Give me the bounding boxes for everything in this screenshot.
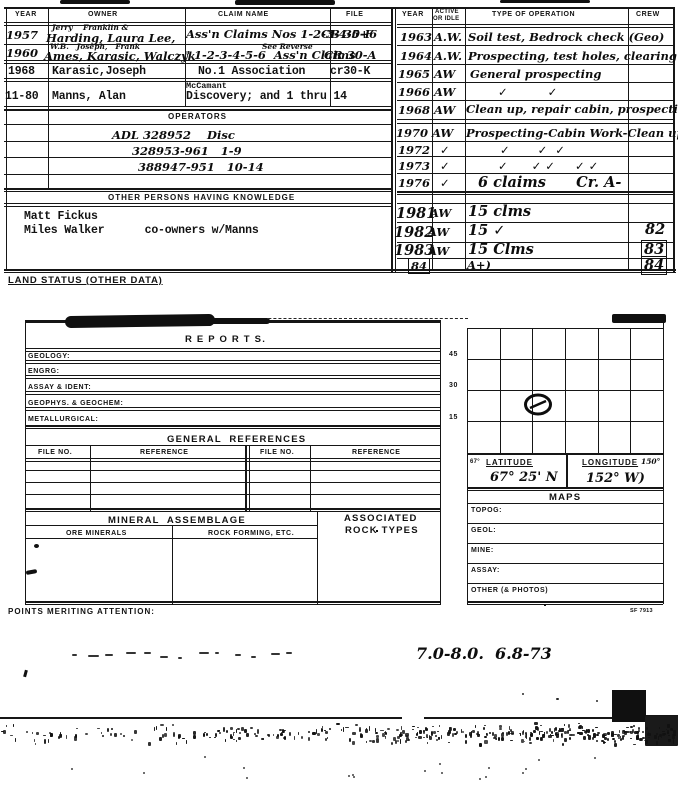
- scan-speck: [661, 737, 662, 738]
- reports-row-engrg: ENGRG:: [28, 368, 60, 375]
- scan-speck: [238, 737, 241, 740]
- maps-row-mine: MINE:: [471, 547, 494, 554]
- scan-speck: [415, 737, 417, 738]
- scan-speck: [433, 731, 436, 735]
- reports-row-assay: ASSAY & IDENT:: [28, 384, 91, 391]
- rule: [397, 24, 675, 25]
- ops-year: 1964: [400, 49, 432, 63]
- scan-speck: [596, 700, 598, 702]
- longitude-value: 152° W): [586, 471, 645, 486]
- scan-speck: [345, 727, 349, 729]
- scan-dash: [235, 654, 240, 656]
- scan-speck: [607, 738, 609, 741]
- scan-speck: [387, 728, 390, 730]
- ops-year: 1966: [398, 85, 430, 99]
- latitude-degree: 67°: [470, 459, 480, 465]
- scan-speck: [662, 731, 664, 732]
- rule: [25, 410, 440, 411]
- latitude-mark: 30: [449, 382, 458, 389]
- ops-active: AW: [432, 126, 453, 140]
- scan-speck: [662, 733, 664, 736]
- scan-speck: [325, 731, 328, 734]
- rule: [25, 604, 440, 605]
- scan-speck: [470, 734, 472, 739]
- ops-header-active2: OR IDLE: [433, 16, 459, 22]
- rule: [397, 119, 675, 120]
- scan-speck: [659, 727, 660, 728]
- rule: [467, 543, 663, 544]
- claim-file: CR 30-A: [324, 48, 376, 62]
- scan-speck: [111, 728, 114, 730]
- scan-speck: [636, 731, 639, 734]
- reports-row-geology: GEOLOGY:: [28, 353, 70, 360]
- latitude-value: 67° 25' N: [490, 470, 558, 485]
- scan-speck: [101, 732, 102, 734]
- scan-speck: [267, 734, 270, 736]
- scan-speck: [465, 740, 466, 744]
- scan-speck: [540, 731, 543, 732]
- scan-speck: [484, 736, 487, 738]
- scan-speck: [620, 738, 622, 741]
- ops-operation: 6 claims Cr. A-: [478, 174, 621, 191]
- scan-speck: [50, 733, 52, 737]
- scan-speck: [246, 733, 249, 737]
- rule: [397, 191, 675, 193]
- scan-speck: [435, 735, 437, 737]
- rule: [4, 206, 392, 207]
- scan-speck: [448, 742, 451, 743]
- scan-speck: [176, 742, 177, 745]
- rule: [25, 425, 440, 427]
- maps-row-topog: TOPOG:: [471, 507, 502, 514]
- scan-speck: [569, 737, 571, 740]
- rule: [397, 82, 675, 83]
- scan-speck: [449, 727, 451, 731]
- ops-operation: Clean up, repair cabin, prospecting: [466, 102, 678, 116]
- scan-speck: [321, 728, 323, 731]
- scan-speck: [372, 740, 375, 743]
- scan-speck: [522, 693, 524, 695]
- rule: [397, 194, 675, 195]
- scan-speck: [76, 728, 78, 730]
- scan-speck: [32, 732, 34, 734]
- rule: [25, 428, 440, 429]
- scan-speck: [412, 729, 415, 730]
- scan-speck: [484, 740, 488, 744]
- scan-dash: [88, 655, 99, 657]
- ops-header-operation: TYPE OF OPERATION: [492, 11, 575, 18]
- scan-speck: [178, 734, 181, 738]
- claim-owner: Karasic,Joseph: [52, 65, 146, 78]
- scan-speck: [233, 733, 234, 736]
- ops-active: AW: [428, 244, 449, 258]
- scan-speck: [607, 732, 611, 735]
- scan-speck: [397, 736, 399, 739]
- scan-speck: [479, 743, 483, 747]
- rule: [397, 100, 675, 101]
- scan-speck: [230, 727, 234, 730]
- ops-operation: ✓ ✓ ✓: [500, 143, 565, 157]
- claim-name: No.1 Association: [198, 65, 305, 78]
- scan-speck: [255, 735, 258, 737]
- scan-speck: [555, 727, 557, 731]
- scan-speck: [614, 743, 617, 747]
- rule: [467, 390, 663, 391]
- rule: [25, 375, 440, 376]
- longitude-label: LONGITUDE: [582, 458, 638, 467]
- scan-speck: [617, 734, 620, 738]
- scan-noise-band: [0, 718, 678, 780]
- scan-speck: [395, 740, 397, 744]
- scan-dash: [199, 652, 209, 654]
- scan-speck: [472, 730, 475, 733]
- genref-header-fileno: FILE NO.: [260, 449, 294, 456]
- ops-operation: Soil test, Bedrock check (Geo): [468, 30, 664, 44]
- rule: [4, 188, 392, 190]
- scan-speck: [143, 772, 145, 774]
- claim-file: cr30-K: [330, 65, 370, 78]
- scan-speck: [596, 734, 598, 735]
- scan-speck: [244, 729, 247, 733]
- rule: [4, 109, 392, 111]
- maps-row-assay: ASSAY:: [471, 567, 500, 574]
- scan-smudge: [544, 604, 546, 606]
- ops-year: 84: [408, 258, 430, 274]
- scan-speck: [640, 738, 643, 742]
- scan-speck: [601, 740, 604, 742]
- rule: [25, 461, 440, 462]
- scan-speck: [667, 724, 669, 728]
- claim-name: Discovery; and 1 thru 14: [186, 90, 347, 103]
- scan-speck: [431, 732, 433, 733]
- scan-speck: [308, 731, 310, 733]
- operator-line: ADL 328952 Disc: [112, 128, 235, 142]
- scan-speck: [66, 735, 67, 739]
- rule: [467, 503, 663, 504]
- rule: [25, 363, 440, 364]
- scan-speck: [172, 724, 174, 726]
- rule: [90, 445, 91, 511]
- scan-speck: [34, 739, 35, 742]
- rule: [467, 359, 663, 360]
- scan-speck: [438, 737, 439, 738]
- ops-operation: General prospecting: [470, 67, 601, 81]
- ops-active: AW: [434, 85, 455, 99]
- scan-speck: [611, 731, 614, 733]
- rule: [467, 601, 663, 603]
- scan-speck: [162, 734, 164, 738]
- scan-speck: [225, 739, 227, 742]
- scan-speck: [360, 734, 364, 738]
- ops-active: A.W.: [434, 49, 462, 63]
- rule: [25, 538, 317, 539]
- scan-speck: [536, 737, 539, 739]
- rule: [172, 526, 173, 604]
- scan-speck: [60, 732, 62, 735]
- ore-minerals-header: ORE MINERALS: [66, 530, 127, 537]
- scan-dash: [251, 656, 255, 658]
- scan-speck: [523, 730, 524, 732]
- rule: [467, 453, 663, 455]
- scan-speck: [562, 743, 564, 747]
- scan-speck: [250, 727, 253, 730]
- scan-speck: [626, 727, 629, 728]
- scan-speck: [257, 729, 259, 733]
- scan-speck: [36, 732, 39, 735]
- ops-active: AW: [430, 206, 451, 220]
- ops-operation: ✓ ✓: [498, 85, 557, 99]
- scan-smudge: [26, 569, 38, 575]
- scan-speck: [375, 732, 378, 733]
- claim-year: 1968: [8, 65, 35, 78]
- scan-speck: [540, 725, 542, 726]
- scan-speck: [236, 740, 237, 742]
- scan-speck: [596, 740, 598, 741]
- scan-dash: [105, 654, 113, 656]
- scan-smudge: [500, 0, 590, 3]
- rule: [397, 242, 675, 243]
- scan-speck: [236, 729, 237, 733]
- rule: [25, 601, 440, 603]
- rule: [391, 7, 393, 272]
- ops-active: AW: [428, 225, 449, 239]
- scan-speck: [417, 727, 419, 729]
- rule: [467, 328, 663, 329]
- scan-dash: [126, 652, 136, 654]
- scan-speck: [553, 739, 555, 741]
- scan-speck: [397, 740, 400, 742]
- scan-speck: [416, 733, 418, 736]
- scan-speck: [263, 738, 264, 741]
- scan-dash: [215, 652, 219, 654]
- scan-speck: [588, 735, 591, 740]
- scan-speck: [436, 739, 438, 741]
- rule: [440, 320, 441, 605]
- scan-speck: [630, 738, 632, 739]
- ops-active: ✓: [440, 159, 450, 173]
- scan-speck: [376, 735, 379, 738]
- scan-speck: [298, 732, 299, 735]
- associated-rock-types-header: ROCK TYPES: [345, 525, 419, 536]
- scan-speck: [437, 731, 438, 733]
- scan-speck: [203, 733, 205, 737]
- scan-dash: [144, 652, 152, 654]
- operators-header: OPERATORS: [168, 112, 227, 121]
- scan-speck: [424, 770, 426, 772]
- scan-speck: [343, 727, 344, 731]
- scan-speck: [614, 740, 616, 743]
- scan-speck: [239, 732, 241, 734]
- scan-speck: [15, 738, 16, 742]
- scan-speck: [667, 730, 669, 734]
- ops-header-year: YEAR: [402, 11, 424, 18]
- scan-speck: [74, 736, 77, 740]
- scan-speck: [456, 731, 457, 734]
- scan-speck: [432, 726, 435, 728]
- scan-speck: [35, 743, 37, 745]
- scan-speck: [223, 727, 225, 731]
- scan-speck: [556, 698, 559, 700]
- genref-header-reference: REFERENCE: [352, 449, 401, 456]
- scan-speck: [281, 732, 283, 733]
- scan-speck: [85, 733, 87, 735]
- ops-active: ✓: [440, 143, 450, 157]
- scan-smudge: [34, 544, 39, 548]
- scan-speck: [277, 734, 279, 737]
- scan-speck: [71, 768, 73, 770]
- reports-row-geophys: GEOPHYS. & GEOCHEM:: [28, 400, 123, 407]
- scan-speck: [595, 727, 598, 728]
- rule: [566, 455, 568, 489]
- scan-speck: [419, 730, 422, 734]
- rule: [397, 64, 675, 65]
- scan-speck: [317, 733, 320, 736]
- scan-speck: [525, 768, 527, 770]
- claims-header-year: YEAR: [15, 11, 37, 18]
- rule: [25, 508, 440, 510]
- scan-speck: [10, 735, 13, 736]
- scan-speck: [301, 736, 304, 739]
- scan-speck: [592, 729, 595, 732]
- rule: [4, 269, 676, 271]
- scan-speck: [630, 731, 633, 735]
- rule: [25, 348, 440, 349]
- scan-blob: [65, 314, 215, 328]
- scan-speck: [308, 737, 310, 741]
- rule: [4, 174, 392, 175]
- scan-speck: [123, 735, 124, 737]
- scan-speck: [412, 726, 415, 727]
- scan-speck: [160, 724, 163, 726]
- scan-speck: [423, 737, 425, 739]
- scan-speck: [674, 734, 676, 736]
- land-status-heading: LAND STATUS (OTHER DATA): [8, 275, 163, 286]
- rule: [4, 78, 392, 79]
- general-references-title: GENERAL REFERENCES: [167, 434, 306, 445]
- rule: [25, 407, 440, 408]
- scan-speck: [355, 724, 358, 726]
- scan-speck: [353, 776, 355, 778]
- scan-speck: [622, 735, 625, 737]
- scan-speck: [603, 735, 606, 736]
- longitude-degree: 150°: [641, 457, 660, 466]
- genref-header-fileno: FILE NO.: [38, 449, 72, 456]
- rule: [25, 470, 440, 471]
- rule: [4, 124, 392, 125]
- scan-speck: [630, 726, 633, 728]
- scan-speck: [539, 731, 540, 735]
- maps-title: MAPS: [549, 492, 581, 503]
- scan-speck: [427, 742, 428, 744]
- scan-speck: [645, 740, 648, 743]
- scan-speck: [402, 730, 405, 734]
- scan-speck: [638, 727, 640, 730]
- rule: [25, 458, 440, 459]
- scan-speck: [148, 742, 151, 746]
- scan-speck: [673, 739, 674, 743]
- scan-speck: [329, 728, 331, 730]
- scan-speck: [533, 730, 536, 733]
- ops-operation: 15 Clms: [468, 241, 534, 258]
- scan-speck: [166, 727, 167, 731]
- operator-line: 388947-951 10-14: [138, 160, 264, 174]
- circle-slash-symbol: [522, 392, 554, 417]
- scan-speck: [564, 731, 566, 735]
- scan-speck: [549, 728, 551, 732]
- scan-speck: [352, 741, 355, 745]
- scan-speck: [352, 732, 355, 735]
- scan-speck: [366, 741, 367, 743]
- scan-blob: [200, 318, 270, 324]
- ops-operation: Prospecting-Cabin Work-Clean up: [466, 126, 678, 140]
- scan-speck: [441, 735, 442, 739]
- maps-row-other: OTHER (& PHOTOS): [471, 587, 548, 594]
- scan-speck: [1, 731, 4, 732]
- scan-blob: [612, 314, 666, 323]
- operator-line: 328953-961 1-9: [132, 144, 242, 158]
- scan-speck: [447, 732, 450, 737]
- scan-speck: [475, 725, 476, 728]
- scan-speck: [376, 738, 379, 743]
- reports-row-metallurgical: METALLURGICAL:: [28, 416, 98, 423]
- scan-speck: [173, 734, 175, 737]
- scan-speck: [241, 727, 243, 731]
- scan-speck: [219, 732, 222, 734]
- scan-speck: [26, 731, 28, 734]
- scanned-card: YEAR OWNER CLAIM NAME FILE 1957 Jerry Fr…: [0, 0, 678, 808]
- scan-speck: [322, 726, 324, 728]
- claim-owner: Ames, Karasic, Walczyk: [44, 49, 196, 63]
- ops-year: 1972: [398, 143, 430, 157]
- genref-header-reference: REFERENCE: [140, 449, 189, 456]
- rule: [397, 141, 675, 142]
- scan-speck: [485, 776, 487, 778]
- scan-speck: [564, 724, 566, 726]
- scan-speck: [587, 734, 589, 736]
- form-number: SF 7913: [630, 608, 653, 614]
- scan-speck: [6, 725, 8, 726]
- scan-speck: [524, 741, 525, 742]
- scan-speck: [486, 733, 487, 735]
- scan-speck: [254, 733, 255, 735]
- rock-forming-header: ROCK FORMING, ETC.: [208, 530, 294, 537]
- scan-speck: [341, 729, 342, 731]
- rule: [249, 445, 250, 511]
- rule: [245, 445, 247, 511]
- rule: [397, 258, 675, 259]
- scan-speck: [193, 735, 195, 739]
- rule: [4, 191, 392, 192]
- scan-speck: [532, 733, 533, 736]
- scan-speck: [336, 723, 339, 726]
- rule: [4, 106, 392, 107]
- ops-active: A.W.: [434, 30, 462, 44]
- scan-speck: [484, 725, 486, 727]
- scan-speck: [209, 737, 210, 739]
- scan-speck: [502, 732, 504, 734]
- scan-speck: [633, 744, 636, 746]
- latitude-mark: 15: [449, 414, 458, 421]
- rule: [310, 445, 311, 511]
- scan-speck: [273, 734, 274, 735]
- scan-speck: [646, 727, 648, 730]
- ops-active: AW: [434, 103, 455, 117]
- scan-speck: [585, 730, 587, 733]
- ops-header-active: ACTIVE: [435, 9, 459, 15]
- scan-speck: [110, 733, 112, 736]
- scan-speck: [623, 730, 625, 732]
- rule: [25, 511, 440, 512]
